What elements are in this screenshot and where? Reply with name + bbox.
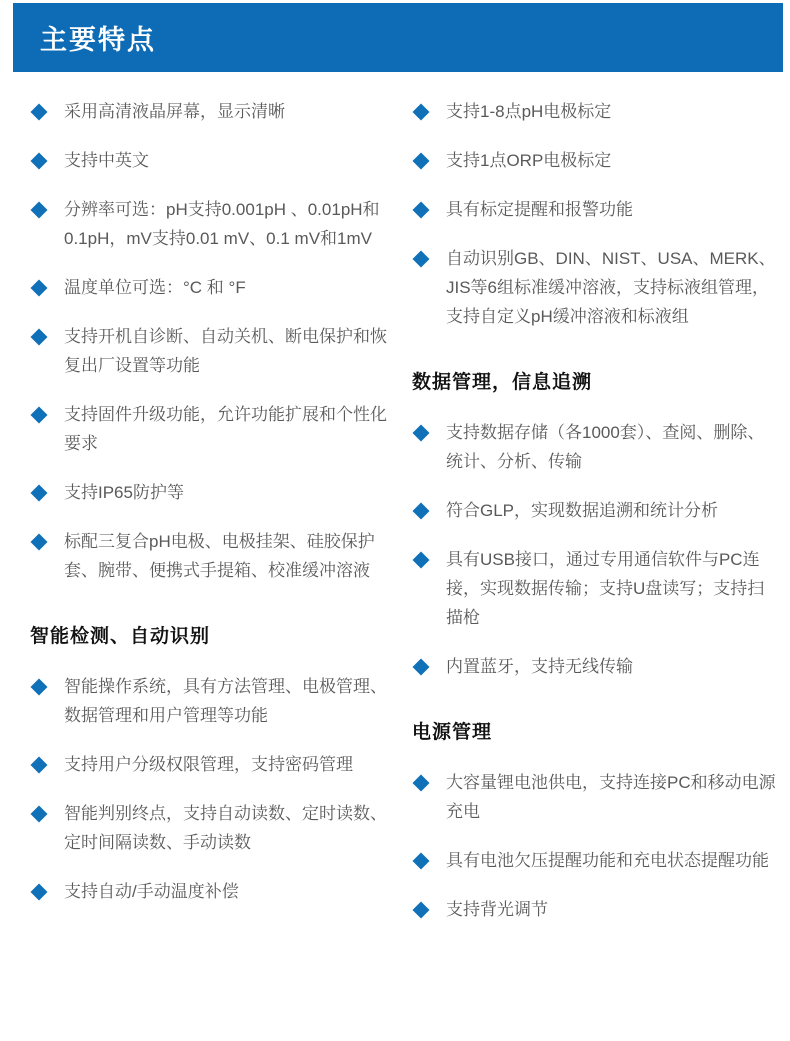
diamond-bullet-icon	[413, 659, 430, 676]
feature-text: 符合GLP，实现数据追溯和统计分析	[446, 496, 718, 525]
list-item: 支持数据存储（各1000套）、查阅、删除、统计、分析、传输	[412, 418, 780, 476]
feature-text: 具有标定提醒和报警功能	[446, 195, 633, 224]
list-item: 智能操作系统，具有方法管理、电极管理、数据管理和用户管理等功能	[30, 672, 396, 730]
diamond-bullet-icon	[413, 853, 430, 870]
feature-text: 支持开机自诊断、自动关机、断电保护和恢复出厂设置等功能	[64, 322, 394, 380]
feature-text: 分辨率可选：pH支持0.001pH 、0.01pH和0.1pH，mV支持0.01…	[64, 195, 394, 253]
diamond-bullet-icon	[31, 280, 48, 297]
diamond-bullet-icon	[31, 679, 48, 696]
diamond-bullet-icon	[413, 202, 430, 219]
list-item: 温度单位可选：°C 和 °F	[30, 273, 396, 302]
list-item: 支持IP65防护等	[30, 478, 396, 507]
section-heading-data-management: 数据管理，信息追溯	[412, 367, 780, 394]
diamond-bullet-icon	[31, 534, 48, 551]
feature-text: 具有电池欠压提醒功能和充电状态提醒功能	[446, 846, 769, 875]
list-item: 支持1点ORP电极标定	[412, 146, 780, 175]
list-item: 自动识别GB、DIN、NIST、USA、MERK、JIS等6组标准缓冲溶液，支持…	[412, 244, 780, 331]
feature-text: 标配三复合pH电极、电极挂架、硅胶保护套、腕带、便携式手提箱、校准缓冲溶液	[64, 527, 394, 585]
left-column: 采用高清液晶屏幕，显示清晰 支持中英文 分辨率可选：pH支持0.001pH 、0…	[0, 97, 396, 944]
right-column: 支持1-8点pH电极标定 支持1点ORP电极标定 具有标定提醒和报警功能 自动识…	[396, 97, 790, 944]
diamond-bullet-icon	[413, 425, 430, 442]
diamond-bullet-icon	[31, 153, 48, 170]
feature-text: 智能操作系统，具有方法管理、电极管理、数据管理和用户管理等功能	[64, 672, 394, 730]
feature-page: 主要特点 采用高清液晶屏幕，显示清晰 支持中英文 分辨率可选：pH支持0.001…	[0, 0, 790, 1041]
diamond-bullet-icon	[31, 329, 48, 346]
diamond-bullet-icon	[413, 552, 430, 569]
feature-text: 支持中英文	[64, 146, 149, 175]
diamond-bullet-icon	[31, 884, 48, 901]
list-item: 标配三复合pH电极、电极挂架、硅胶保护套、腕带、便携式手提箱、校准缓冲溶液	[30, 527, 396, 585]
data-management-list: 支持数据存储（各1000套）、查阅、删除、统计、分析、传输 符合GLP，实现数据…	[412, 418, 780, 681]
list-item: 分辨率可选：pH支持0.001pH 、0.01pH和0.1pH，mV支持0.01…	[30, 195, 396, 253]
feature-text: 支持自动/手动温度补偿	[64, 877, 239, 906]
list-item: 采用高清液晶屏幕，显示清晰	[30, 97, 396, 126]
list-item: 符合GLP，实现数据追溯和统计分析	[412, 496, 780, 525]
list-item: 支持自动/手动温度补偿	[30, 877, 396, 906]
feature-text: 支持数据存储（各1000套）、查阅、删除、统计、分析、传输	[446, 418, 776, 476]
diamond-bullet-icon	[413, 251, 430, 268]
list-item: 大容量锂电池供电，支持连接PC和移动电源充电	[412, 768, 780, 826]
list-item: 支持背光调节	[412, 895, 780, 924]
diamond-bullet-icon	[31, 104, 48, 121]
diamond-bullet-icon	[31, 757, 48, 774]
diamond-bullet-icon	[31, 407, 48, 424]
section-heading-power-management: 电源管理	[412, 717, 780, 744]
diamond-bullet-icon	[413, 902, 430, 919]
feature-text: 支持IP65防护等	[64, 478, 184, 507]
list-item: 内置蓝牙，支持无线传输	[412, 652, 780, 681]
diamond-bullet-icon	[413, 104, 430, 121]
feature-text: 大容量锂电池供电，支持连接PC和移动电源充电	[446, 768, 776, 826]
section-heading-smart-detection: 智能检测、自动识别	[30, 621, 396, 648]
diamond-bullet-icon	[413, 775, 430, 792]
power-management-list: 大容量锂电池供电，支持连接PC和移动电源充电 具有电池欠压提醒功能和充电状态提醒…	[412, 768, 780, 924]
list-item: 具有标定提醒和报警功能	[412, 195, 780, 224]
feature-text: 智能判别终点，支持自动读数、定时读数、定时间隔读数、手动读数	[64, 799, 394, 857]
feature-text: 支持1点ORP电极标定	[446, 146, 611, 175]
list-item: 支持固件升级功能，允许功能扩展和个性化要求	[30, 400, 396, 458]
list-item: 支持1-8点pH电极标定	[412, 97, 780, 126]
diamond-bullet-icon	[31, 202, 48, 219]
feature-text: 内置蓝牙，支持无线传输	[446, 652, 633, 681]
smart-detection-list: 智能操作系统，具有方法管理、电极管理、数据管理和用户管理等功能 支持用户分级权限…	[30, 672, 396, 906]
diamond-bullet-icon	[31, 485, 48, 502]
diamond-bullet-icon	[31, 806, 48, 823]
feature-text: 采用高清液晶屏幕，显示清晰	[64, 97, 285, 126]
header-bar: 主要特点	[13, 3, 783, 72]
list-item: 支持开机自诊断、自动关机、断电保护和恢复出厂设置等功能	[30, 322, 396, 380]
feature-text: 具有USB接口，通过专用通信软件与PC连接，实现数据传输；支持U盘读写；支持扫描…	[446, 545, 776, 632]
page-title: 主要特点	[40, 18, 156, 57]
left-intro-list: 采用高清液晶屏幕，显示清晰 支持中英文 分辨率可选：pH支持0.001pH 、0…	[30, 97, 396, 585]
list-item: 支持用户分级权限管理，支持密码管理	[30, 750, 396, 779]
list-item: 支持中英文	[30, 146, 396, 175]
list-item: 智能判别终点，支持自动读数、定时读数、定时间隔读数、手动读数	[30, 799, 396, 857]
feature-text: 温度单位可选：°C 和 °F	[64, 273, 246, 302]
diamond-bullet-icon	[413, 503, 430, 520]
feature-text: 支持1-8点pH电极标定	[446, 97, 611, 126]
feature-text: 支持固件升级功能，允许功能扩展和个性化要求	[64, 400, 394, 458]
feature-text: 自动识别GB、DIN、NIST、USA、MERK、JIS等6组标准缓冲溶液，支持…	[446, 244, 776, 331]
feature-text: 支持背光调节	[446, 895, 548, 924]
feature-columns: 采用高清液晶屏幕，显示清晰 支持中英文 分辨率可选：pH支持0.001pH 、0…	[0, 97, 790, 944]
list-item: 具有电池欠压提醒功能和充电状态提醒功能	[412, 846, 780, 875]
list-item: 具有USB接口，通过专用通信软件与PC连接，实现数据传输；支持U盘读写；支持扫描…	[412, 545, 780, 632]
diamond-bullet-icon	[413, 153, 430, 170]
feature-text: 支持用户分级权限管理，支持密码管理	[64, 750, 353, 779]
right-intro-list: 支持1-8点pH电极标定 支持1点ORP电极标定 具有标定提醒和报警功能 自动识…	[412, 97, 780, 331]
